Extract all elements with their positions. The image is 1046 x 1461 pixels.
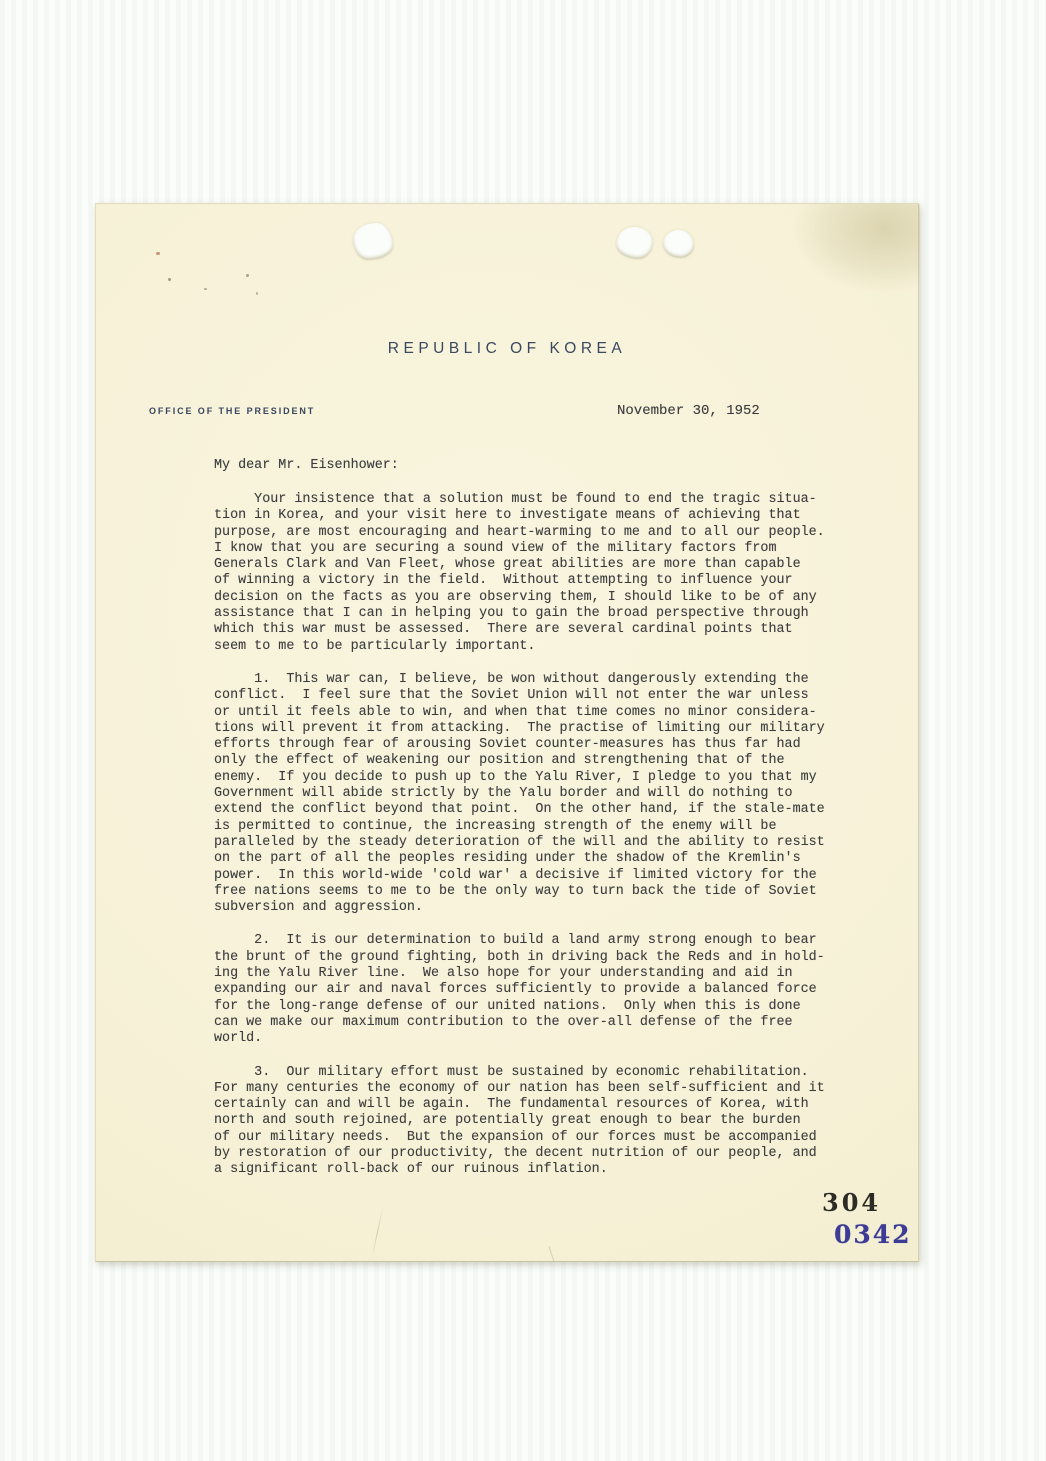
- letter-salutation: My dear Mr. Eisenhower:: [214, 458, 399, 473]
- letter-paragraph-point-1: 1. This war can, I believe, be won witho…: [214, 672, 874, 916]
- paper-speck: [256, 292, 258, 295]
- scan-background: { "letterhead": { "organization": "REPUB…: [0, 0, 1046, 1461]
- paper-speck: [246, 274, 249, 277]
- letter-paragraph-point-3: 3. Our military effort must be sustained…: [214, 1065, 874, 1179]
- letterhead-organization: REPUBLIC OF KOREA: [96, 340, 918, 358]
- folio-number-stamp: 304: [822, 1188, 881, 1217]
- letter-date: November 30, 1952: [617, 403, 760, 419]
- paper-crease: [549, 1246, 555, 1262]
- aged-corner-stain: [794, 204, 920, 292]
- letter-page: REPUBLIC OF KOREA OFFICE OF THE PRESIDEN…: [95, 203, 919, 1262]
- paper-speck: [168, 278, 171, 281]
- letter-paragraph-point-2: 2. It is our determination to build a la…: [214, 933, 874, 1047]
- torn-hole: [353, 223, 393, 260]
- torn-hole: [616, 227, 653, 259]
- letter-paragraph-intro: Your insistence that a solution must be …: [214, 492, 874, 655]
- archive-number-stamp: 0342: [834, 1220, 912, 1249]
- paper-crease: [372, 1206, 384, 1257]
- paper-speck: [204, 288, 207, 290]
- torn-hole: [663, 230, 694, 258]
- letterhead-office-title: OFFICE OF THE PRESIDENT: [149, 406, 315, 416]
- letter-body: Your insistence that a solution must be …: [214, 492, 874, 1196]
- paper-speck: [156, 252, 160, 255]
